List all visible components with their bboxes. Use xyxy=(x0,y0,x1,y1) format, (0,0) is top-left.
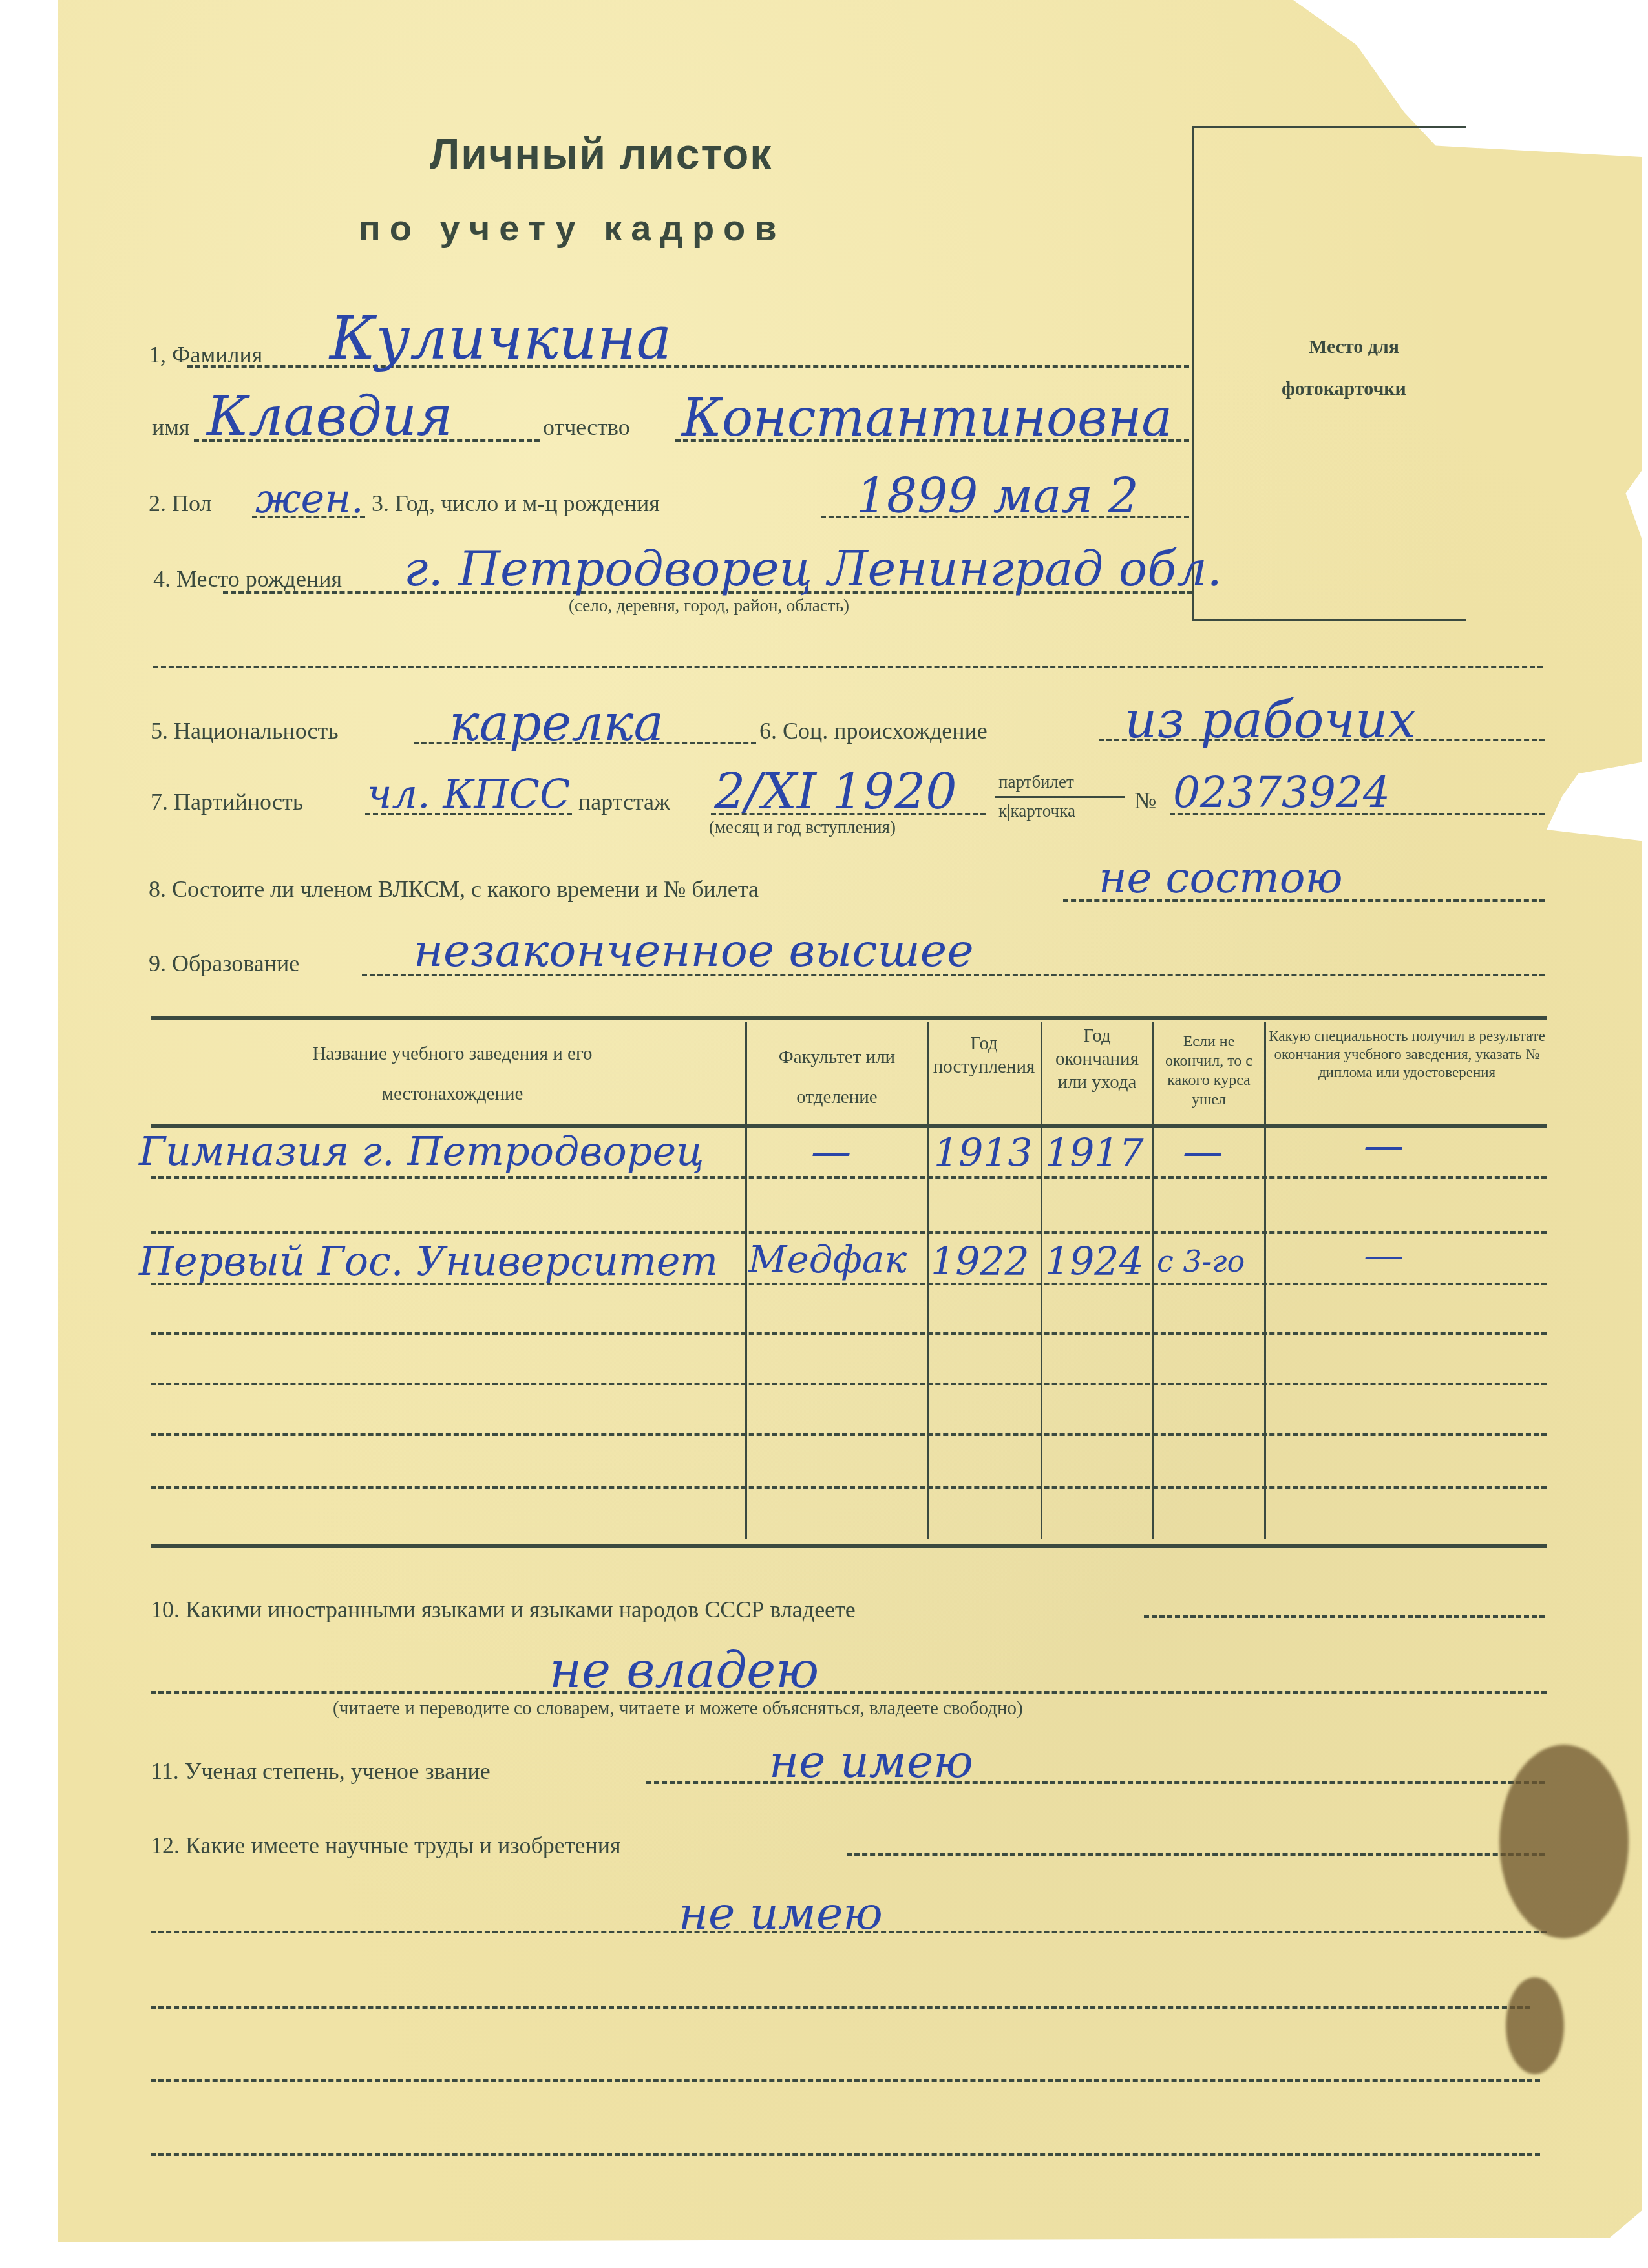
table-header-faculty: Факультет или отделение xyxy=(750,1037,924,1117)
table-cell-institution[interactable]: Первый Гос. Университет xyxy=(139,1237,718,1285)
party-card-value[interactable]: 02373924 xyxy=(1173,768,1390,817)
table-top-border xyxy=(151,1016,1547,1020)
table-cell-course-left[interactable]: с 3-го xyxy=(1157,1244,1245,1279)
languages-hint: (читаете и переводите со словарем, читае… xyxy=(333,1698,1023,1719)
birth-place-label: 4. Место рождения xyxy=(153,565,342,593)
table-header-institution: Название учебного заведения и его местон… xyxy=(246,1034,659,1114)
table-row-line xyxy=(151,1231,1547,1234)
party-value[interactable]: чл. КПСС xyxy=(367,770,570,817)
table-col-divider xyxy=(927,1022,929,1539)
form-subtitle: по учету кадров xyxy=(359,207,786,249)
table-cell-institution[interactable]: Гимназия г. Петродворец xyxy=(139,1128,704,1175)
education-label: 9. Образование xyxy=(149,950,299,977)
languages-label: 10. Какими иностранными языками и языкам… xyxy=(151,1596,856,1623)
table-cell-year-in[interactable]: 1922 xyxy=(931,1239,1030,1285)
table-header-specialty: Какую специальность получил в результате… xyxy=(1268,1027,1546,1082)
stain-mark xyxy=(1499,1745,1629,1938)
social-origin-value[interactable]: из рабочих xyxy=(1125,691,1416,750)
blank-line xyxy=(151,2006,1530,2009)
degree-label: 11. Ученая степень, ученое звание xyxy=(151,1758,491,1785)
photo-box xyxy=(1192,126,1466,621)
table-header-year-in: Год поступления xyxy=(931,1032,1037,1078)
party-card-number-label: № xyxy=(1134,787,1156,814)
birth-date-label: 3. Год, число и м-ц рождения xyxy=(372,490,660,517)
table-cell-year-in[interactable]: 1913 xyxy=(934,1131,1033,1176)
stain-mark xyxy=(1506,1977,1564,2074)
blank-line xyxy=(151,2079,1540,2082)
table-col-divider xyxy=(1152,1022,1154,1539)
nationality-label: 5. Национальность xyxy=(151,717,339,744)
first-name-label: имя xyxy=(152,414,190,441)
languages-value[interactable]: не владею xyxy=(549,1641,819,1699)
table-cell-course-left[interactable]: — xyxy=(1183,1128,1223,1175)
first-name-value[interactable]: Клавдия xyxy=(207,384,452,448)
works-value[interactable]: не имею xyxy=(679,1887,883,1940)
photo-label: Место для xyxy=(1309,336,1399,358)
table-cell-faculty[interactable]: — xyxy=(811,1128,851,1175)
languages-line-2 xyxy=(151,1691,1547,1694)
education-value[interactable]: незаконченное высшее xyxy=(414,924,974,977)
patronymic-value[interactable]: Константиновна xyxy=(682,388,1172,448)
birth-place-hint: (село, деревня, город, район, область) xyxy=(569,596,849,616)
table-col-divider xyxy=(1041,1022,1042,1539)
komsomol-label: 8. Состоите ли членом ВЛКСМ, с какого вр… xyxy=(149,876,759,903)
social-origin-label: 6. Соц. происхождение xyxy=(759,717,988,744)
table-col-divider xyxy=(1264,1022,1266,1539)
sex-value[interactable]: жен. xyxy=(255,475,364,522)
party-card-label-bottom: к|карточка xyxy=(998,801,1075,821)
table-header-year-out: Год окончания или ухода xyxy=(1044,1024,1150,1094)
works-line-1 xyxy=(847,1853,1545,1856)
table-row-line xyxy=(151,1486,1547,1489)
table-cell-specialty[interactable]: — xyxy=(1364,1231,1404,1278)
sex-label: 2. Пол xyxy=(149,490,212,517)
party-card-label-top: партбилет xyxy=(998,772,1074,792)
birth-date-value[interactable]: 1899 мая 2 xyxy=(856,468,1139,524)
table-cell-specialty[interactable]: — xyxy=(1364,1121,1404,1168)
degree-value[interactable]: не имею xyxy=(769,1735,973,1788)
nationality-value[interactable]: карелка xyxy=(449,695,664,753)
table-cell-faculty[interactable]: Медфак xyxy=(748,1237,907,1281)
table-bottom-border xyxy=(151,1544,1547,1548)
table-row-line xyxy=(151,1433,1547,1436)
surname-value[interactable]: Кулички­на xyxy=(330,304,671,373)
party-label: 7. Партийность xyxy=(151,788,303,815)
party-card-divider xyxy=(995,796,1125,798)
table-cell-year-out[interactable]: 1917 xyxy=(1045,1131,1144,1176)
table-cell-year-out[interactable]: 1924 xyxy=(1045,1239,1144,1285)
blank-line xyxy=(151,2153,1540,2156)
birth-place-value[interactable]: г. Петродворец Ленинград обл. xyxy=(404,541,1222,597)
languages-line-1 xyxy=(1144,1615,1545,1618)
table-header-course-left: Если не окончил, то с какого курса ушел xyxy=(1156,1032,1262,1109)
surname-label: 1, Фамилия xyxy=(149,341,262,368)
works-label: 12. Какие имеете научные труды и изобрет… xyxy=(151,1832,621,1859)
table-row-line xyxy=(151,1332,1547,1335)
komsomol-value[interactable]: не состою xyxy=(1099,853,1343,903)
table-row-line xyxy=(151,1176,1547,1179)
photo-label-2: фотокарточки xyxy=(1282,378,1406,400)
table-col-divider xyxy=(745,1022,747,1539)
party-tenure-value[interactable]: 2/XI 1920 xyxy=(714,762,957,820)
form-title: Личный листок xyxy=(430,129,772,178)
patronymic-label: отчество xyxy=(543,414,630,441)
party-tenure-label: партстаж xyxy=(578,788,670,815)
blank-line-1 xyxy=(153,666,1543,668)
party-tenure-hint: (месяц и год вступления) xyxy=(709,817,896,837)
table-row-line xyxy=(151,1383,1547,1385)
